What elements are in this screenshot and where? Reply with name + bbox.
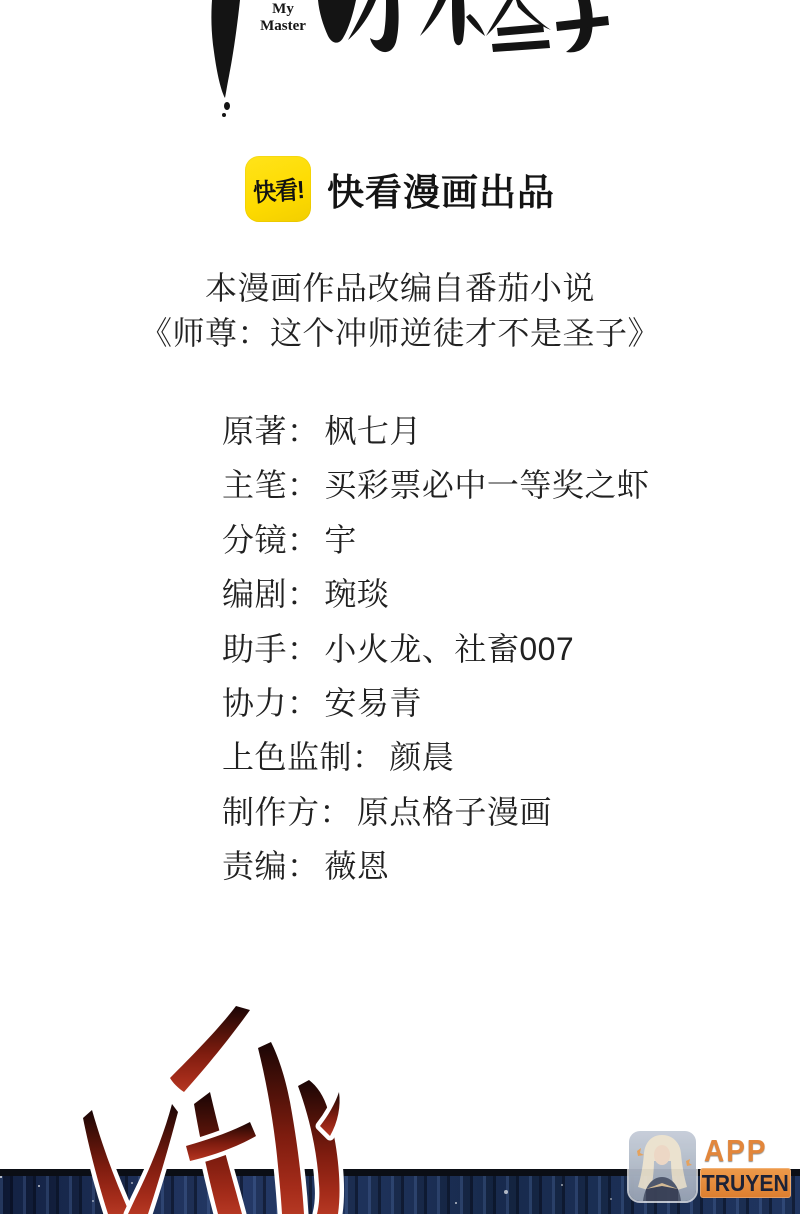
credit-row-screenwriter: 编剧：琬琰 [222, 567, 782, 621]
credit-name: 小火龙、社畜007 [324, 631, 574, 667]
adaptation-notice-line1: 本漫画作品改编自番茄小说 [0, 266, 800, 311]
credit-role: 责编： [222, 848, 320, 884]
credit-role: 编剧： [222, 576, 320, 612]
credit-name: 买彩票必中一等奖之虾 [324, 467, 649, 503]
credit-name: 枫七月 [324, 413, 422, 449]
credit-row-color-supervisor: 上色监制：颜晨 [222, 730, 782, 784]
credit-name: 薇恩 [324, 848, 389, 884]
credit-role: 原著： [222, 413, 320, 449]
credit-row-original-author: 原著：枫七月 [222, 404, 782, 458]
english-subtitle-line2: Master [248, 18, 318, 35]
adaptation-notice: 本漫画作品改编自番茄小说 《师尊：这个冲师逆徒才不是圣子》 [0, 266, 800, 356]
credit-role: 助手： [222, 631, 320, 667]
publisher-label: 快看漫画出品 [327, 162, 555, 216]
title-calligraphy-artwork: 才不是圣子 [0, 0, 800, 150]
comic-credits-page: 才不是圣子 [0, 0, 800, 1214]
publisher-row: 快看! 快看漫画出品 [0, 155, 800, 223]
credits-list: 原著：枫七月 主笔：买彩票必中一等奖之虾 分镜：宇 编剧：琬琰 助手：小火龙、社… [222, 404, 782, 894]
credit-row-support: 协力：安易青 [222, 676, 782, 730]
credit-row-editor: 责编：薇恩 [222, 839, 782, 893]
credit-name: 宇 [324, 522, 357, 558]
credit-role: 上色监制： [222, 739, 385, 775]
english-subtitle-line1: My [248, 1, 318, 18]
reading-person-avatar-icon [629, 1131, 696, 1201]
credit-role: 协力： [222, 685, 320, 721]
watermark-brand-text: TRUYEN [702, 1170, 789, 1197]
adaptation-notice-line2: 《师尊：这个冲师逆徒才不是圣子》 [0, 311, 800, 356]
credit-name: 颜晨 [389, 739, 454, 775]
credit-row-storyboard: 分镜：宇 [222, 513, 782, 567]
credit-name: 安易青 [324, 685, 422, 721]
kuaikan-logo-icon: 快看! [245, 156, 311, 222]
english-subtitle: My Master [248, 1, 318, 35]
kuaikan-logo-text: 快看! [251, 169, 304, 208]
credit-role: 主笔： [222, 467, 320, 503]
credit-row-production: 制作方：原点格子漫画 [222, 785, 782, 839]
credit-row-lead-artist: 主笔：买彩票必中一等奖之虾 [222, 458, 782, 512]
watermark-brand-badge: TRUYEN [700, 1168, 791, 1198]
watermark-app-label: APP [704, 1134, 768, 1169]
credit-name: 琬琰 [324, 576, 389, 612]
credit-role: 制作方： [222, 794, 352, 830]
credit-name: 原点格子漫画 [357, 794, 552, 830]
credit-role: 分镜： [222, 522, 320, 558]
credit-row-assistants: 助手：小火龙、社畜007 [222, 622, 782, 676]
watermark-avatar [627, 1129, 698, 1203]
brush-stroke-title-icon [0, 0, 800, 150]
